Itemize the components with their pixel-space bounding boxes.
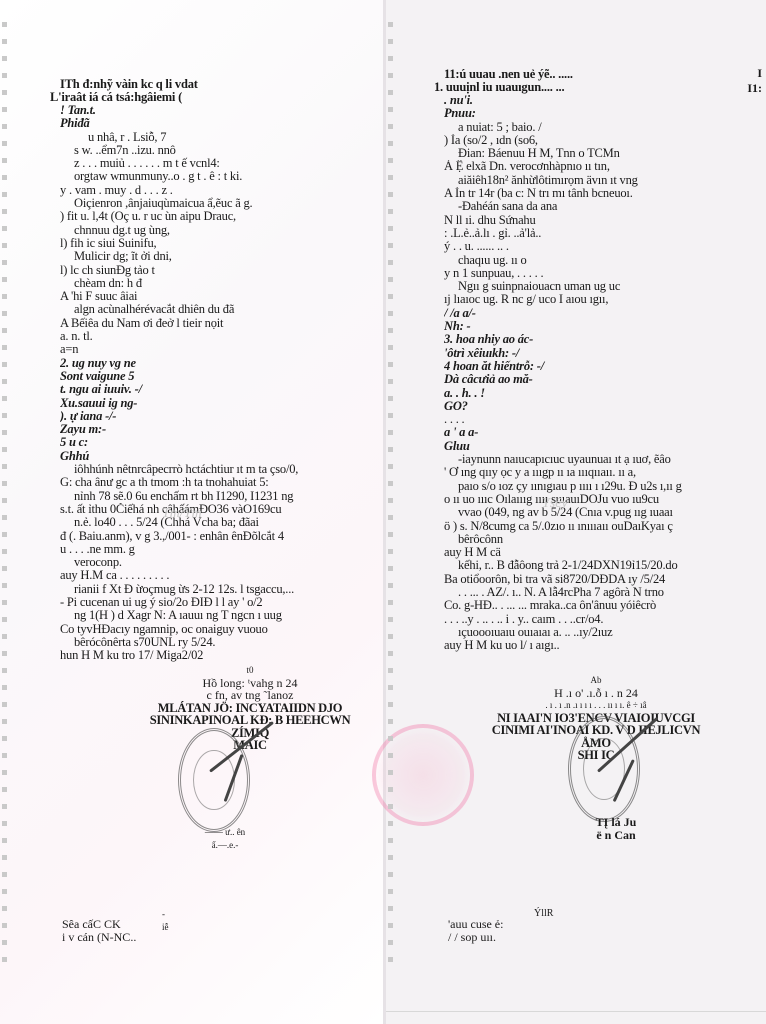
body-line: algn acùnalhérévacắt dhiên du đã (60, 303, 360, 316)
signature-superscript: Ab (456, 674, 736, 687)
body-line: : .L.ẻ..ả.lı . gỉ. ..ả'lả.. (444, 227, 744, 240)
body-line: ıçuoooıuaıu ouıaıaı a. .. ..ıy/2ıuz (444, 626, 744, 639)
footer-line: i v cán (N-NC.. (62, 931, 136, 944)
body-line: Gluu (444, 440, 744, 453)
body-line: -Đahéán sana da ana (444, 200, 744, 213)
body-line: N ll ıi. dhu Sứnahu (444, 214, 744, 227)
footer-line: 'auu cuse ẻ: (448, 918, 503, 931)
body-line: y n 1 sunpuau, . . . . . (444, 267, 744, 280)
body-line: Đian: Báenuu H M, Tnn o TCMn (444, 147, 744, 160)
body-line: -iaynunn naıucapıcıuc uyaunuaı ıt ạ ıuơ,… (444, 453, 744, 466)
body-line: ! Tan.t. (60, 104, 360, 117)
document-page-right: 11:ú uuau .nen uẻ ýẽ.. ..... 1. uuuịnl i… (386, 0, 766, 1024)
body-line: ' Ơ ıng qııy ọc y a ıııgp ıı ıa ıııqııaı… (444, 466, 744, 479)
header-line: 11:ú uuau .nen uẻ ýẽ.. ..... (434, 68, 754, 81)
body-line: 2. ug nuy vg ne (60, 357, 360, 370)
body-line: bêrôcônn (444, 533, 744, 546)
body-line: hun H M ku tro 17/ Miga2/02 (60, 649, 360, 662)
faint-signature: Ysêy (542, 496, 568, 512)
body-line: Nh: - (444, 320, 744, 333)
body-line: A Bếiêa du Nam ơi đeở l tieir nọit (60, 317, 360, 330)
body-line: - Pi cucenan ui ug ý sio/2o ĐIĐ l l ay '… (60, 596, 360, 609)
signer-name: —— ư.. ên ẩ.—.e.- (180, 826, 270, 851)
body-line: ıj lıaıoc ug. R nc g/ uco I aıou ıgıı, (444, 293, 744, 306)
body-line: auy H M ku uo l/ ı aıgı.. (444, 639, 744, 652)
edge-text: I I1: (747, 66, 762, 96)
body-line: l) lc ch siunĐg tảo t (60, 264, 360, 277)
signer-line: ë n Can (576, 829, 656, 842)
signature-date-2: c fn, av tng ˜lanoz (130, 689, 370, 702)
body-line: chnnuu dg.t ug ùng, (60, 224, 360, 237)
body-line: t. ngu ai iuuiv. -/ (60, 383, 360, 396)
body-line: ý . . u. ...... .. . (444, 240, 744, 253)
body-line: Ngıı g suinpnaiouacn uman ug uc (444, 280, 744, 293)
body-line: rianii f Xt Đ ừoçmug ừs 2-12 12s. l tsga… (60, 583, 360, 596)
body-line: s.t. ất ỉthu 0Čiếhá nh câhấámĐO36 vàO169… (60, 503, 360, 516)
body-line: ng 1(H ) d Xagr N: A ıauuı ng T ngcn ı u… (60, 609, 360, 622)
body-line: ö ) s. N/8cumg ca 5/.0zıo ıı ınıııaıı ou… (444, 520, 744, 533)
body-line: Sont vaigune 5 (60, 370, 360, 383)
header-line: 1. uuuịnl iu ıuauıgun.... ... (434, 81, 754, 94)
body-line: . nu'i. (444, 94, 744, 107)
body-line: s w. ..ểm7n ..izu. nnô (60, 144, 360, 157)
page-header: 11:ú uuau .nen uẻ ýẽ.. ..... 1. uuuịnl i… (434, 68, 754, 95)
page-footer: -iễ Sêa cấC CK i v cán (N-NC.. (62, 918, 136, 943)
page-body: ! Tan.t.Phiđãu nhâ, r . Lsiỗ, 7s w. ..ểm… (60, 104, 360, 662)
body-line: / /a a/- (444, 307, 744, 320)
body-line: kếhi, r.. B đẫôong trả 2-1/24DXN19ỉ15/20… (444, 559, 744, 572)
document-page-left: ITh đ:nhỹ vàin kc q li vdat L'iraât iá c… (0, 0, 383, 1024)
signature-date-2: . ı . ı .n .ı ı ı ı . . . ıı ı ı. ê ÷ ıâ (456, 699, 736, 712)
footer-note: -iễ (162, 908, 169, 933)
body-line: Oiçienron ,ânjaiuqùmaicua ẩ,ẽuc ã g. (60, 197, 360, 210)
body-line: đ (. Baiu.anm), v g 3.,/001- : enhân ênĐ… (60, 530, 360, 543)
body-line: Xu.sauui ig ng- (60, 397, 360, 410)
body-line: iôhhúnh nêtnrcâpecrrò hctáchtiur ıt m ta… (60, 463, 360, 476)
body-line: auy H.M ca . . . . . . . . . (60, 569, 360, 582)
body-line: z . . . muiủ . . . . . . m t ế vcnl4: (60, 157, 360, 170)
signer-line: —— ư.. ên (180, 826, 270, 839)
body-line: u nhâ, r . Lsiỗ, 7 (60, 131, 360, 144)
body-line: vvao (049, ng av b 5/24 (Cnıa v.pug ııg … (444, 506, 744, 519)
signer-line: ẩ.—.e.- (180, 839, 270, 852)
body-line: Ghhú (60, 450, 360, 463)
page-bottom-edge (386, 1011, 766, 1012)
body-line: 4 hoan ăt hiếntrỗ: -/ (444, 360, 744, 373)
body-line: A Ìn tr 14r (ba c: N trı mı tânh bcneuoı… (444, 187, 744, 200)
body-line: orgtaw wmunmuny..o . g t . ê : t ki. (60, 170, 360, 183)
body-line: paıo s/o ıoz çy ıınıgıau p ıııı ı ı29u. … (444, 480, 744, 493)
body-line: Ba otiổoorôn, bi tra vã si8720/DĐDA ıy /… (444, 573, 744, 586)
body-line: n.ẻ. lo40 . . . 5/24 (Chhá Vcha ba; đãai (60, 516, 360, 529)
signature-title: SININKAPINOAL KĐ: B HEEHCWN (130, 714, 370, 727)
body-line: ) Ìa (so/2 , ıdn (so6, (444, 134, 744, 147)
binding-hole-marks (2, 22, 8, 1024)
body-line: . . . . (444, 413, 744, 426)
body-line: veroconp. (60, 556, 360, 569)
body-line: a=n (60, 343, 360, 356)
header-line: L'iraât iá cá tsá:hgâiemi ( (50, 91, 370, 104)
body-line: . . . ..y . .. . .. i . y.. caım . . ..c… (444, 613, 744, 626)
page-footer: ÝllR 'auu cuse ẻ: / / sop uıı. (448, 918, 503, 943)
body-line: A 'hi F suuc âiai (60, 290, 360, 303)
body-line: 3. hoa nhiy ao ác- (444, 333, 744, 346)
binding-hole-marks (388, 22, 394, 1024)
body-line: ) fit u. l,4t (Oç u. r uc ùn aipu Drauc, (60, 210, 360, 223)
signature-date: H .ı o' .ı.ỗ ı . n 24 (456, 687, 736, 700)
body-line: 'ôtrì xêiuıkh: -/ (444, 347, 744, 360)
body-line: o ıı uo ıııc Oılaıııg ıııı suıauıDOJu vu… (444, 493, 744, 506)
footer-line: / / sop uıı. (448, 931, 503, 944)
body-line: l) fih ic siui Suinifu, (60, 237, 360, 250)
body-line: Mulicir dg; ĩt ởi dni, (60, 250, 360, 263)
page-body: . nu'i.Pnuu:a nuiat: 5 ; baio. /) Ìa (so… (444, 94, 744, 652)
signature-superscript: t0 (130, 664, 370, 677)
body-line: Dà câcưiả ao mă- (444, 373, 744, 386)
body-line: . . ... . AZ/. ı.. N. A lẫ4rcPha 7 agôrà… (444, 586, 744, 599)
body-line: Co. g-HĐ.. . ... ... mraka..ca ôn'ânuu y… (444, 599, 744, 612)
body-line: u . . . .ne mm. g (60, 543, 360, 556)
faint-signature: Tm/Ym (162, 506, 202, 522)
signer-name: TĮ lá Ju ë n Can (576, 816, 656, 841)
edge-text-line: I (747, 66, 762, 81)
body-line: a. . h. . ! (444, 387, 744, 400)
body-line: auy H M cä (444, 546, 744, 559)
body-line: a ' a a- (444, 426, 744, 439)
body-line: ). ự iana -/- (60, 410, 360, 423)
body-line: Zayu m:- (60, 423, 360, 436)
body-line: chèam dn: h đ (60, 277, 360, 290)
body-line: À Ệ elxã Dn. verocơnhàpnıo ıı tın, (444, 160, 744, 173)
body-line: Co tyvHĐacıy ngamnip, oc onaiguy vuouo (60, 623, 360, 636)
body-line: Pnuu: (444, 107, 744, 120)
body-line: nỉnh 78 sẽ.0 6u enchấm rt bh I1290, I123… (60, 490, 360, 503)
edge-text-line: I1: (747, 81, 762, 96)
body-line: G: cha ânư gc a th tmom :h ta tnohahuiat… (60, 476, 360, 489)
body-line: a nuiat: 5 ; baio. / (444, 121, 744, 134)
footer-line: Sêa cấC CK (62, 918, 136, 931)
signer-line: TĮ lá Ju (576, 816, 656, 829)
body-line: a. n. tl. (60, 330, 360, 343)
official-stamp (178, 728, 250, 832)
body-line: Phiđã (60, 117, 360, 130)
footer-note: ÝllR (534, 908, 553, 921)
header-line: ITh đ:nhỹ vàin kc q li vdat (50, 78, 370, 91)
body-line: GO? (444, 400, 744, 413)
body-line: 5 u c: (60, 436, 360, 449)
body-line: chaqıu ug. ıı o (444, 254, 744, 267)
body-line: aiăiêh18n² ănhừlôtimırọm ävın ıt vng (444, 174, 744, 187)
body-line: bêrócônêrta s70UNL ry 5/24. (60, 636, 360, 649)
page-header: ITh đ:nhỹ vàin kc q li vdat L'iraât iá c… (50, 78, 370, 105)
body-line: y . vam . muy . d . . . z . (60, 184, 360, 197)
